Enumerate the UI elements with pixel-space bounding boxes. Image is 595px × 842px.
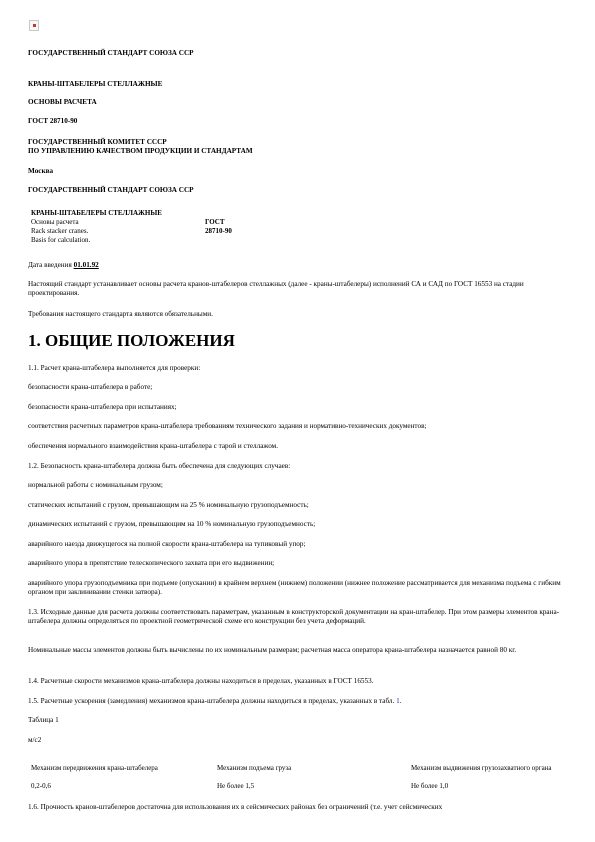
clause-1-4: 1.4. Расчетные скорости механизмов крана… bbox=[28, 677, 374, 686]
header-state-standard: ГОСУДАРСТВЕННЫЙ СТАНДАРТ СОЮЗА ССР bbox=[28, 49, 194, 58]
title-block-subtitle-ru: Основы расчета bbox=[31, 218, 205, 227]
section-heading: 1. ОБЩИЕ ПОЛОЖЕНИЯ bbox=[28, 331, 235, 351]
table-cell: 0,2-0,6 bbox=[28, 779, 214, 793]
title-block: КРАНЫ-ШТАБЕЛЕРЫ СТЕЛЛАЖНЫЕ Основы расчет… bbox=[31, 209, 232, 245]
list-item: динамических испытаний с грузом, превыша… bbox=[28, 520, 315, 529]
table-row: 0,2-0,6 Не более 1,5 Не более 1,0 bbox=[28, 779, 568, 793]
header-city: Москва bbox=[28, 167, 53, 176]
intro-paragraph-2: Требования настоящего стандарта являются… bbox=[28, 310, 213, 319]
title-block-subtitle-en-2: Basis for calculation. bbox=[31, 236, 205, 245]
clause-1-1: 1.1. Расчет крана-штабелера выполняется … bbox=[28, 364, 200, 373]
table-cell: Не более 1,0 bbox=[408, 779, 568, 793]
table-unit: м/с2 bbox=[28, 736, 41, 745]
introduction-date-link[interactable]: 01.01.92 bbox=[74, 261, 99, 269]
list-item: аварийного наезда движущегося на полной … bbox=[28, 540, 306, 549]
acceleration-table: Механизм передвижения крана-штабелера Ме… bbox=[28, 757, 568, 793]
introduction-date: Дата введения 01.01.92 bbox=[28, 261, 99, 270]
header-product-name: КРАНЫ-ШТАБЕЛЕРЫ СТЕЛЛАЖНЫЕ bbox=[28, 80, 162, 89]
list-item: безопасности крана-штабелера в работе; bbox=[28, 383, 152, 392]
table-header-cell: Механизм передвижения крана-штабелера bbox=[28, 757, 214, 779]
header-committee-line1: ГОСУДАРСТВЕННЫЙ КОМИТЕТ СССР bbox=[28, 138, 167, 147]
header-gost-number: ГОСТ 28710-90 bbox=[28, 117, 77, 126]
list-item: обеспечения нормального взаимодействия к… bbox=[28, 442, 278, 451]
clause-1-2: 1.2. Безопасность крана-штабелера должна… bbox=[28, 462, 290, 471]
clause-1-5: 1.5. Расчетные ускорения (замедления) ме… bbox=[28, 697, 402, 706]
title-block-title: КРАНЫ-ШТАБЕЛЕРЫ СТЕЛЛАЖНЫЕ bbox=[31, 209, 232, 218]
clause-1-5-text: 1.5. Расчетные ускорения (замедления) ме… bbox=[28, 697, 394, 705]
list-item: безопасности крана-штабелера при испытан… bbox=[28, 403, 177, 412]
introduction-date-label: Дата введения bbox=[28, 261, 72, 269]
header-state-standard-2: ГОСУДАРСТВЕННЫЙ СТАНДАРТ СОЮЗА ССР bbox=[28, 186, 194, 195]
list-item: нормальной работы с номинальным грузом; bbox=[28, 481, 163, 490]
intro-paragraph-1: Настоящий стандарт устанавливает основы … bbox=[28, 280, 563, 298]
table-header-cell: Механизм подъема груза bbox=[214, 757, 408, 779]
table-cell: Не более 1,5 bbox=[214, 779, 408, 793]
list-item: статических испытаний с грузом, превышаю… bbox=[28, 501, 309, 510]
header-subtitle: ОСНОВЫ РАСЧЕТА bbox=[28, 98, 97, 107]
clause-1-3-continued: Номинальные массы элементов должны быть … bbox=[28, 646, 563, 655]
broken-image-icon bbox=[29, 20, 39, 31]
title-block-subtitle-en-1: Rack stacker cranes. bbox=[31, 227, 205, 236]
table-header-cell: Механизм выдвижения грузозахватного орга… bbox=[408, 757, 568, 779]
title-block-gost-number: 28710-90 bbox=[205, 227, 232, 236]
title-block-gost-label: ГОСТ bbox=[205, 218, 232, 227]
table-header-row: Механизм передвижения крана-штабелера Ме… bbox=[28, 757, 568, 779]
clause-1-6: 1.6. Прочность кранов-штабелеров достато… bbox=[28, 803, 442, 812]
table-caption: Таблица 1 bbox=[28, 716, 59, 725]
clause-1-3: 1.3. Исходные данные для расчета должны … bbox=[28, 608, 563, 626]
header-committee-line2: ПО УПРАВЛЕНИЮ КАЧЕСТВОМ ПРОДУКЦИИ И СТАН… bbox=[28, 147, 253, 156]
list-item: аварийного упора грузоподъемника при под… bbox=[28, 579, 563, 597]
list-item: аварийного упора в препятствие телескопи… bbox=[28, 559, 274, 568]
list-item: соответствия расчетных параметров крана-… bbox=[28, 422, 426, 431]
